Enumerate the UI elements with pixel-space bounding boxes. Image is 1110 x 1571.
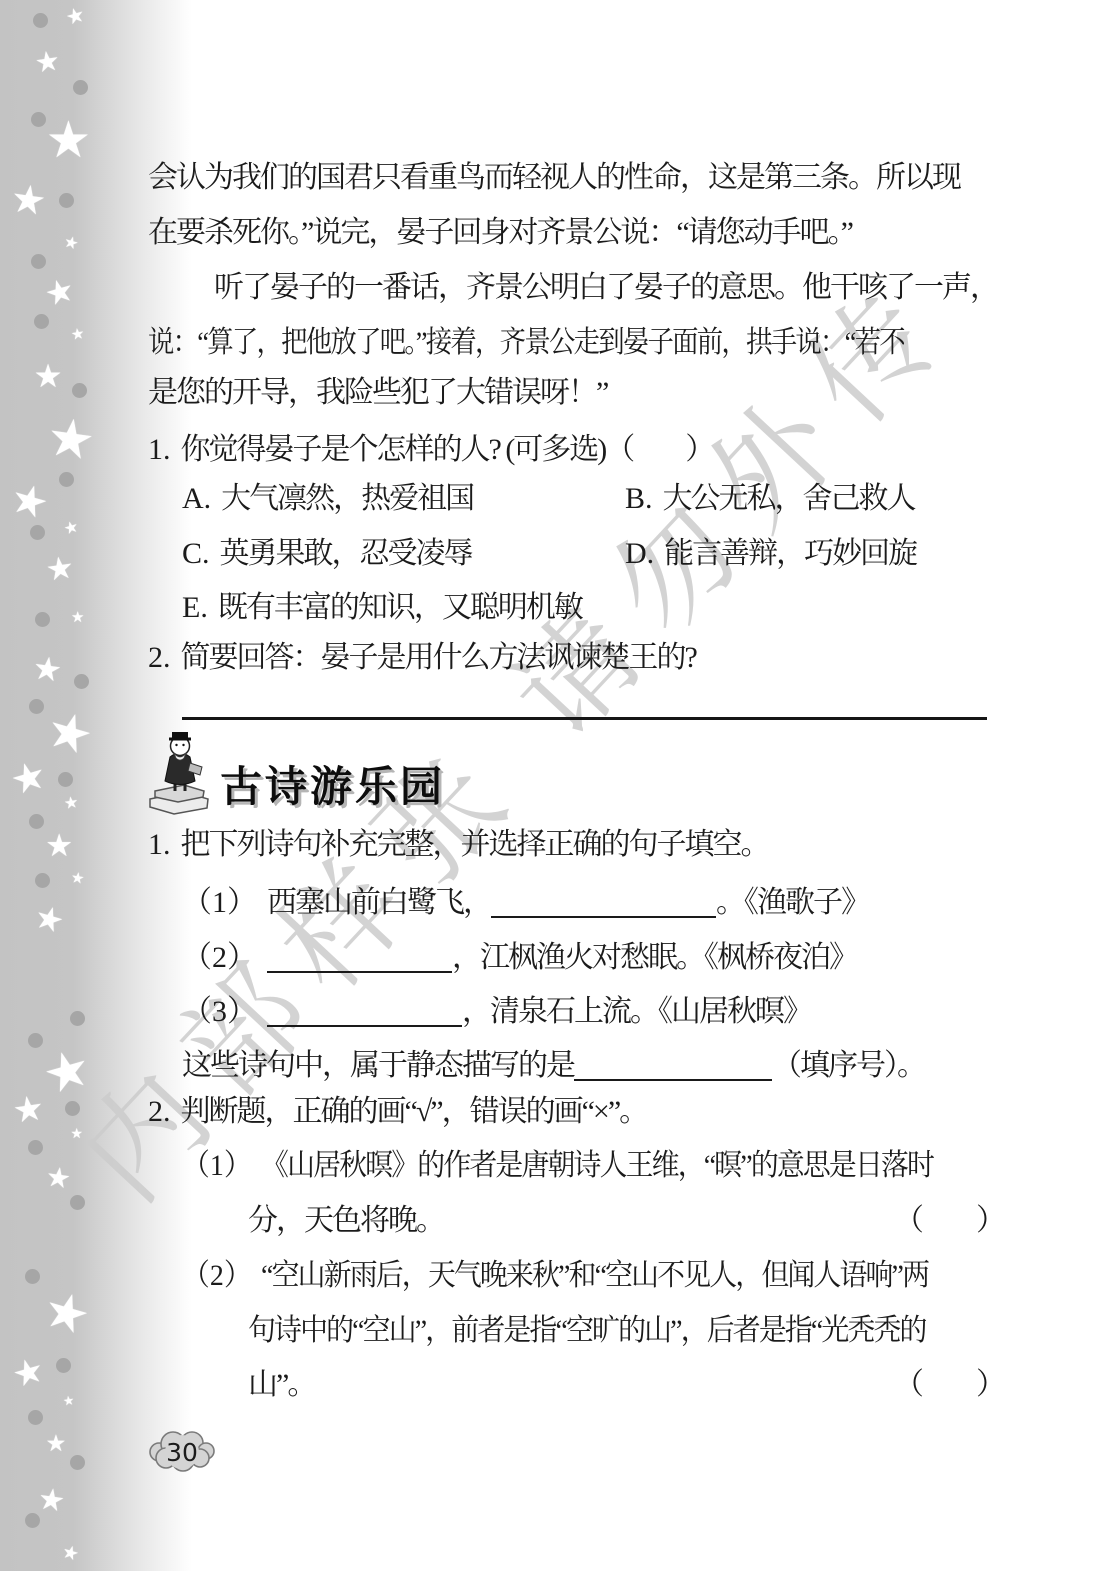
- judge-item-2-line-2: 句诗中的“空山”，前者是指“空旷的山”，后者是指“光秃秃的: [248, 1304, 926, 1358]
- star-icon: ★: [36, 1484, 67, 1517]
- star-icon: ★: [9, 1353, 48, 1395]
- dot-icon: [28, 1140, 43, 1155]
- dot-icon: [58, 772, 73, 787]
- star-icon: ★: [38, 1282, 96, 1343]
- star-icon: ★: [6, 476, 53, 526]
- star-icon: ★: [44, 411, 98, 470]
- passage-line: 说：“算了，把他放了吧。”接着，齐景公走到晏子面前，拱手说：“若不: [148, 316, 904, 370]
- star-icon: ★: [60, 1543, 81, 1565]
- option-row-cd: C.英勇果敢，忍受凌辱 D.能言善辩，巧妙回旋: [182, 527, 472, 581]
- workbook-page: ★★★★★★★★★★★★★★★★★★★★★★★★★★★★★★ 内部样张 请勿外传…: [0, 0, 1110, 1571]
- dot-icon: [59, 193, 74, 208]
- page-number-cloud: 30: [146, 1422, 218, 1479]
- dot-icon: [25, 1269, 40, 1284]
- star-icon: ★: [70, 326, 85, 343]
- question-text: 你觉得晏子是个怎样的人? (可多选): [181, 433, 606, 466]
- option-a: A.大气凛然，热爱祖国: [182, 482, 473, 515]
- star-icon: ★: [34, 360, 63, 392]
- answer-line: [182, 717, 987, 720]
- dot-icon: [35, 612, 50, 627]
- poet-on-books-icon: [148, 731, 212, 820]
- answer-paren-close: ）: [685, 433, 713, 466]
- option-row-e: E.既有丰富的知识，又聪明机敏: [182, 581, 582, 635]
- star-icon: ★: [71, 610, 84, 625]
- star-icon: ★: [45, 831, 73, 862]
- option-row-ab: A.大气凛然，热爱祖国 B.大公无私，舍己救人: [182, 472, 473, 526]
- section-title: 古诗游乐园: [220, 757, 445, 817]
- star-icon: ★: [8, 179, 48, 223]
- star-icon: ★: [46, 1433, 67, 1456]
- star-icon: ★: [62, 519, 80, 538]
- fill-blank: [491, 916, 716, 918]
- star-icon: ★: [38, 1042, 97, 1105]
- dot-icon: [56, 1358, 71, 1373]
- question-2: 2.简要回答：晏子是用什么方法讽谏楚王的?: [148, 631, 696, 685]
- star-icon: ★: [63, 4, 87, 29]
- dot-icon: [34, 314, 49, 329]
- question-number: 2.: [148, 631, 171, 685]
- passage-line: 会认为我们的国君只看重鸟而轻视人的性命，这是第三条。所以现: [148, 151, 960, 205]
- judge-item-2-line-1: （2）“空山新雨后，天气晚来秋”和“空山不见人，但闻人语响”两: [182, 1249, 928, 1303]
- dot-icon: [28, 1033, 43, 1048]
- fill-blank: [574, 1079, 772, 1081]
- star-icon: ★: [41, 702, 99, 763]
- dot-icon: [33, 13, 48, 28]
- poem-item-1: （1）西塞山前白鹭飞，。《渔歌子》: [182, 876, 869, 930]
- dot-icon: [72, 383, 87, 398]
- judge-item-1-line-1: （1）《山居秋暝》的作者是唐朝诗人王维，“暝”的意思是日落时: [182, 1139, 933, 1193]
- dot-icon: [25, 1513, 40, 1528]
- passage-line: 在要杀死你。”说完，晏子回身对齐景公说：“请您动手吧。”: [148, 206, 852, 260]
- star-icon: ★: [62, 1394, 75, 1408]
- star-icon: ★: [41, 272, 78, 311]
- star-icon: ★: [33, 47, 61, 78]
- fill-blank: [267, 971, 452, 973]
- star-icon: ★: [31, 651, 64, 687]
- judge-item-1-line-2: 分，天色将晚。 （）: [248, 1194, 988, 1248]
- dot-icon: [29, 699, 44, 714]
- option-d: D.能言善辩，巧妙回旋: [625, 527, 916, 581]
- dot-icon: [35, 873, 50, 888]
- passage-line: 是您的开导，我险些犯了大错误呀！”: [148, 366, 607, 420]
- question-text: 简要回答：晏子是用什么方法讽谏楚王的?: [181, 641, 696, 674]
- dot-icon: [70, 1195, 85, 1210]
- answer-parens: （）: [894, 1358, 1006, 1412]
- dot-icon: [70, 1455, 85, 1470]
- dot-icon: [59, 472, 74, 487]
- option-c: C.英勇果敢，忍受凌辱: [182, 537, 472, 570]
- answer-parens: （）: [894, 1194, 1006, 1248]
- answer-paren-open: （: [605, 433, 633, 466]
- star-icon: ★: [44, 1163, 72, 1194]
- poem-item-3: （3），清泉石上流。《山居秋暝》: [182, 985, 811, 1039]
- passage-line: 听了晏子的一番话，齐景公明白了晏子的意思。他干咳了一声，: [214, 261, 998, 315]
- page-number: 30: [166, 1438, 198, 1467]
- star-icon: ★: [31, 899, 68, 938]
- option-e: E.既有丰富的知识，又聪明机敏: [182, 591, 582, 624]
- star-icon: ★: [44, 552, 76, 587]
- star-icon: ★: [70, 870, 85, 887]
- poem-item-2: （2），江枫渔火对愁眠。《枫桥夜泊》: [182, 931, 857, 985]
- option-b: B.大公无私，舍己救人: [625, 472, 915, 526]
- question-1: 1.你觉得晏子是个怎样的人? (可多选)（）: [148, 423, 713, 477]
- page-content: 会认为我们的国君只看重鸟而轻视人的性命，这是第三条。所以现 在要杀死你。”说完，…: [148, 0, 988, 1571]
- dot-icon: [31, 254, 46, 269]
- question-number: 1.: [148, 423, 171, 477]
- fill-blank: [267, 1025, 462, 1027]
- dot-icon: [31, 112, 46, 127]
- star-icon: ★: [6, 755, 50, 802]
- dot-icon: [30, 525, 45, 540]
- dot-icon: [70, 1011, 85, 1026]
- star-icon: ★: [11, 1091, 46, 1129]
- dot-icon: [28, 1410, 43, 1425]
- star-icon: ★: [63, 794, 80, 812]
- star-icon: ★: [62, 234, 80, 253]
- dot-icon: [29, 814, 44, 829]
- judge-exercise-intro: 2.判断题，正确的画“√”，错误的画“×”。: [148, 1085, 647, 1139]
- poem-exercise-intro: 1.把下列诗句补充完整，并选择正确的句子填空。: [148, 818, 769, 872]
- dot-icon: [73, 80, 88, 95]
- judge-item-2-line-3: 山”。 （）: [248, 1358, 988, 1412]
- dot-icon: [74, 674, 89, 689]
- star-icon: ★: [46, 115, 91, 166]
